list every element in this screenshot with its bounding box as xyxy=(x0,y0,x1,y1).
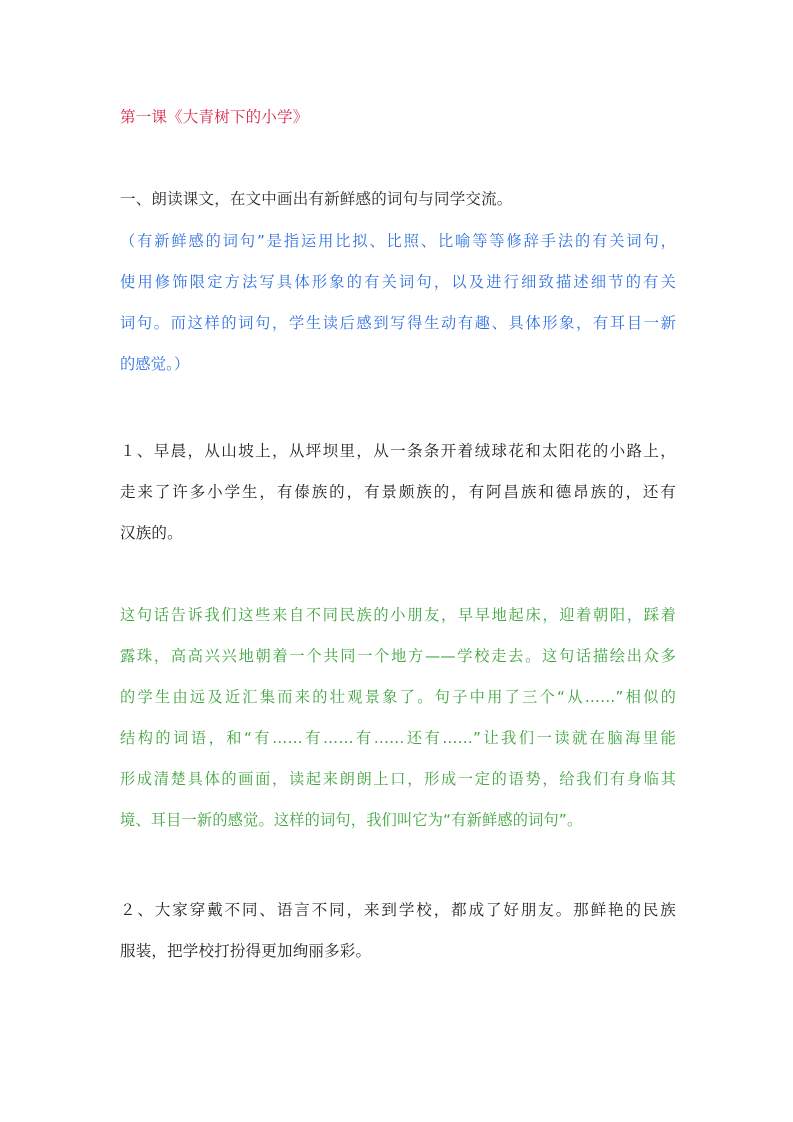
explanation-line: 词句。而这样的词句，学生读后感到写得生动有趣、具体形象，有耳目一新 xyxy=(120,313,676,333)
analysis-line: 露珠，高高兴兴地朝着一个共同一个地方——学校走去。这句话描绘出众多 xyxy=(120,646,676,666)
analysis-line: 这句话告诉我们这些来自不同民族的小朋友，早早地起床，迎着朝阳，踩着 xyxy=(120,605,676,625)
analysis-line: 境、耳目一新的感觉。这样的词句，我们叫它为“有新鲜感的词句”。 xyxy=(120,810,582,830)
analysis-line: 形成清楚具体的画面，读起来朗朗上口，形成一定的语势，给我们有身临其 xyxy=(120,769,676,789)
explanation-line: 使用修饰限定方法写具体形象的有关词句，以及进行细致描述细节的有关 xyxy=(120,272,676,292)
example-line: ２、大家穿戴不同、语言不同，来到学校，都成了好朋友。那鲜艳的民族 xyxy=(120,900,676,920)
example-line: 汉族的。 xyxy=(120,523,183,543)
explanation-line: 的感觉。） xyxy=(120,354,189,374)
example-line: １、早晨，从山坡上，从坪坝里，从一条条开着绒球花和太阳花的小路上， xyxy=(120,441,676,461)
question-heading: 一、朗读课文，在文中画出有新鲜感的词句与同学交流。 xyxy=(120,189,513,209)
analysis-line: 的学生由远及近汇集而来的壮观景象了。句子中用了三个“从……”相似的 xyxy=(120,687,676,707)
explanation-line: （有新鲜感的词句”是指运用比拟、比照、比喻等等修辞手法的有关词句， xyxy=(120,231,676,251)
example-line: 走来了许多小学生，有傣族的，有景颇族的，有阿昌族和德昂族的，还有 xyxy=(120,482,676,502)
analysis-line: 结构的词语，和“有……有……有……还有……”让我们一读就在脑海里能 xyxy=(120,728,676,748)
example-line: 服装，把学校打扮得更加绚丽多彩。 xyxy=(120,941,371,961)
lesson-title: 第一课《大青树下的小学》 xyxy=(120,107,308,127)
